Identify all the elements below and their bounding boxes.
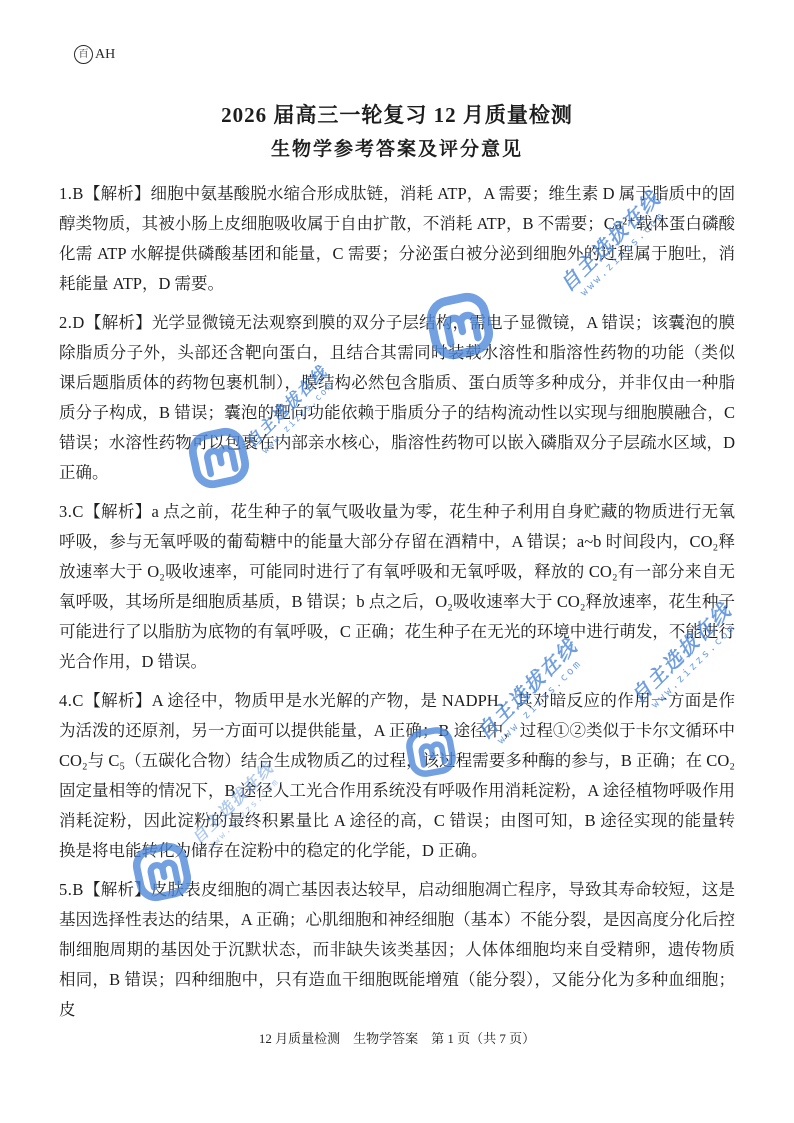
answer-text: 【解析】A 途径中，物质甲是水光解的产物，是 NADPH，其对暗反应的作用一方面… — [59, 691, 735, 860]
answer-item-5: 5.B【解析】皮肤表皮细胞的凋亡基因表达较早，启动细胞凋亡程序，导致其寿命较短，… — [59, 875, 735, 1025]
answer-number: 3.C — [59, 502, 84, 521]
answer-text: 【解析】a 点之前，花生种子的氧气吸收量为零，花生种子利用自身贮藏的物质进行无氧… — [59, 502, 735, 671]
publisher-circle-icon: 百 — [74, 45, 93, 64]
answer-number: 2.D — [59, 313, 85, 332]
answers-section: 1.B【解析】细胞中氨基酸脱水缩合形成肽链，消耗 ATP，A 需要；维生素 D … — [59, 179, 735, 1025]
answer-item-1: 1.B【解析】细胞中氨基酸脱水缩合形成肽链，消耗 ATP，A 需要；维生素 D … — [59, 179, 735, 299]
publisher-suffix: AH — [95, 47, 115, 63]
answer-number: 1.B — [59, 184, 84, 203]
answer-item-3: 3.C【解析】a 点之前，花生种子的氧气吸收量为零，花生种子利用自身贮藏的物质进… — [59, 497, 735, 677]
answer-text: 【解析】皮肤表皮细胞的凋亡基因表达较早，启动细胞凋亡程序，导致其寿命较短，这是基… — [59, 880, 735, 1019]
page-subtitle: 生物学参考答案及评分意见 — [0, 136, 794, 163]
page-footer: 12 月质量检测 生物学答案 第 1 页（共 7 页） — [0, 1028, 794, 1047]
page-title: 2026 届高三一轮复习 12 月质量检测 — [0, 100, 794, 130]
answer-number: 4.C — [59, 691, 84, 710]
answer-text: 【解析】光学显微镜无法观察到膜的双分子层结构，需电子显微镜，A 错误；该囊泡的膜… — [59, 313, 735, 482]
answer-number: 5.B — [59, 880, 84, 899]
document-page: 百 AH 2026 届高三一轮复习 12 月质量检测 生物学参考答案及评分意见 … — [0, 0, 794, 1123]
answer-item-4: 4.C【解析】A 途径中，物质甲是水光解的产物，是 NADPH，其对暗反应的作用… — [59, 686, 735, 866]
answer-item-2: 2.D【解析】光学显微镜无法观察到膜的双分子层结构，需电子显微镜，A 错误；该囊… — [59, 308, 735, 488]
answer-text: 【解析】细胞中氨基酸脱水缩合形成肽链，消耗 ATP，A 需要；维生素 D 属于脂… — [59, 184, 735, 293]
header: 2026 届高三一轮复习 12 月质量检测 生物学参考答案及评分意见 — [0, 0, 794, 163]
publisher-logo: 百 AH — [74, 45, 115, 64]
